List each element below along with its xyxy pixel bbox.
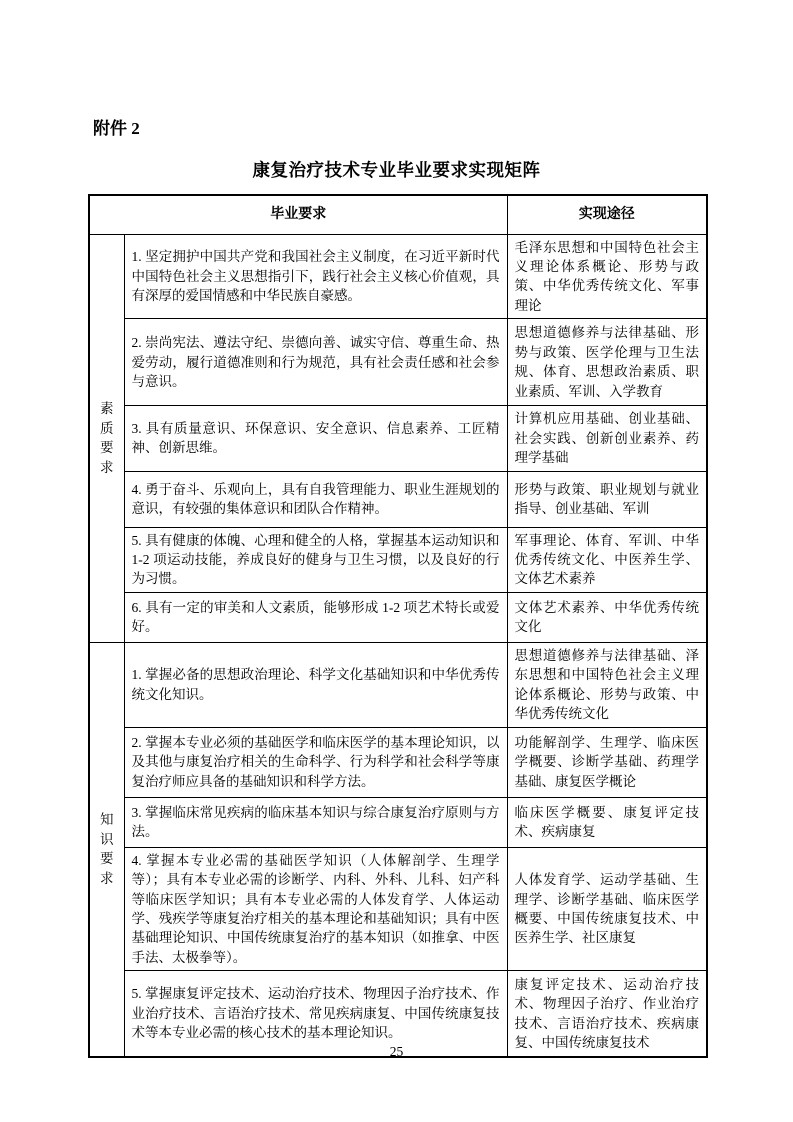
col-header-path: 实现途径 <box>507 195 707 234</box>
path-cell: 功能解剖学、生理学、临床医学概要、诊断学基础、药理学基础、康复医学概论 <box>507 727 707 797</box>
table-row: 3. 具有质量意识、环保意识、安全意识、信息素养、工匠精神、创新思维。 计算机应… <box>89 406 707 471</box>
table-row: 5. 具有健康的体魄、心理和健全的人格，掌握基本运动知识和 1-2 项运动技能，… <box>89 527 707 592</box>
table-row: 2. 掌握本专业必须的基础医学和临床医学的基本理论知识，以及其他与康复治疗相关的… <box>89 727 707 797</box>
group-label-quality: 素质要求 <box>89 234 124 642</box>
matrix-table: 毕业要求 实现途径 素质要求 1. 坚定拥护中国共产党和我国社会主义制度，在习近… <box>88 194 708 1058</box>
table-row: 4. 勇于奋斗、乐观向上，具有自我管理能力、职业生涯规划的意识，有较强的集体意识… <box>89 471 707 527</box>
requirement-cell: 1. 掌握必备的思想政治理论、科学文化基础知识和中华优秀传统文化知识。 <box>124 642 507 727</box>
requirement-cell: 6. 具有一定的审美和人文素质，能够形成 1-2 项艺术特长或爱好。 <box>124 592 507 642</box>
path-cell: 思想道德修养与法律基础、形势与政策、医学伦理与卫生法规、体育、思想政治素质、职业… <box>507 319 707 406</box>
path-cell: 军事理论、体育、军训、中华优秀传统文化、中医养生学、文体艺术素养 <box>507 527 707 592</box>
requirement-cell: 2. 崇尚宪法、遵法守纪、崇德向善、诚实守信、尊重生命、热爱劳动，履行道德准则和… <box>124 319 507 406</box>
col-header-requirement: 毕业要求 <box>89 195 507 234</box>
requirement-cell: 5. 具有健康的体魄、心理和健全的人格，掌握基本运动知识和 1-2 项运动技能，… <box>124 527 507 592</box>
path-cell: 文体艺术素养、中华优秀传统文化 <box>507 592 707 642</box>
table-row: 6. 具有一定的审美和人文素质，能够形成 1-2 项艺术特长或爱好。 文体艺术素… <box>89 592 707 642</box>
path-cell: 人体发育学、运动学基础、生理学、诊断学基础、临床医学概要、中国传统康复技术、中医… <box>507 847 707 971</box>
requirement-cell: 4. 勇于奋斗、乐观向上，具有自我管理能力、职业生涯规划的意识，有较强的集体意识… <box>124 471 507 527</box>
page-title: 康复治疗技术专业毕业要求实现矩阵 <box>0 157 793 182</box>
attachment-label: 附件 2 <box>93 114 140 139</box>
path-cell: 临床医学概要、康复评定技术、疾病康复 <box>507 797 707 847</box>
requirement-cell: 1. 坚定拥护中国共产党和我国社会主义制度，在习近平新时代中国特色社会主义思想指… <box>124 234 507 319</box>
requirement-cell: 4. 掌握本专业必需的基础医学知识（人体解剖学、生理学等）；具有本专业必需的诊断… <box>124 847 507 971</box>
requirement-cell: 3. 具有质量意识、环保意识、安全意识、信息素养、工匠精神、创新思维。 <box>124 406 507 471</box>
requirement-cell: 2. 掌握本专业必须的基础医学和临床医学的基本理论知识，以及其他与康复治疗相关的… <box>124 727 507 797</box>
group-label-knowledge: 知识要求 <box>89 642 124 1056</box>
document-page: 附件 2 康复治疗技术专业毕业要求实现矩阵 毕业要求 实现途径 素质要求 1. … <box>0 0 793 1122</box>
path-cell: 形势与政策、职业规划与就业指导、创业基础、军训 <box>507 471 707 527</box>
table-row: 2. 崇尚宪法、遵法守纪、崇德向善、诚实守信、尊重生命、热爱劳动，履行道德准则和… <box>89 319 707 406</box>
table-row: 4. 掌握本专业必需的基础医学知识（人体解剖学、生理学等）；具有本专业必需的诊断… <box>89 847 707 971</box>
table-row: 素质要求 1. 坚定拥护中国共产党和我国社会主义制度，在习近平新时代中国特色社会… <box>89 234 707 319</box>
page-number: 25 <box>0 1044 793 1060</box>
requirement-cell: 3. 掌握临床常见疾病的临床基本知识与综合康复治疗原则与方法。 <box>124 797 507 847</box>
path-cell: 思想道德修养与法律基础、泽东思想和中国特色社会主义理论体系概论、形势与政策、中华… <box>507 642 707 727</box>
table-row: 知识要求 1. 掌握必备的思想政治理论、科学文化基础知识和中华优秀传统文化知识。… <box>89 642 707 727</box>
path-cell: 毛泽东思想和中国特色社会主义理论体系概论、形势与政策、中华优秀传统文化、军事理论 <box>507 234 707 319</box>
path-cell: 计算机应用基础、创业基础、社会实践、创新创业素养、药理学基础 <box>507 406 707 471</box>
table-header-row: 毕业要求 实现途径 <box>89 195 707 234</box>
table-row: 3. 掌握临床常见疾病的临床基本知识与综合康复治疗原则与方法。 临床医学概要、康… <box>89 797 707 847</box>
